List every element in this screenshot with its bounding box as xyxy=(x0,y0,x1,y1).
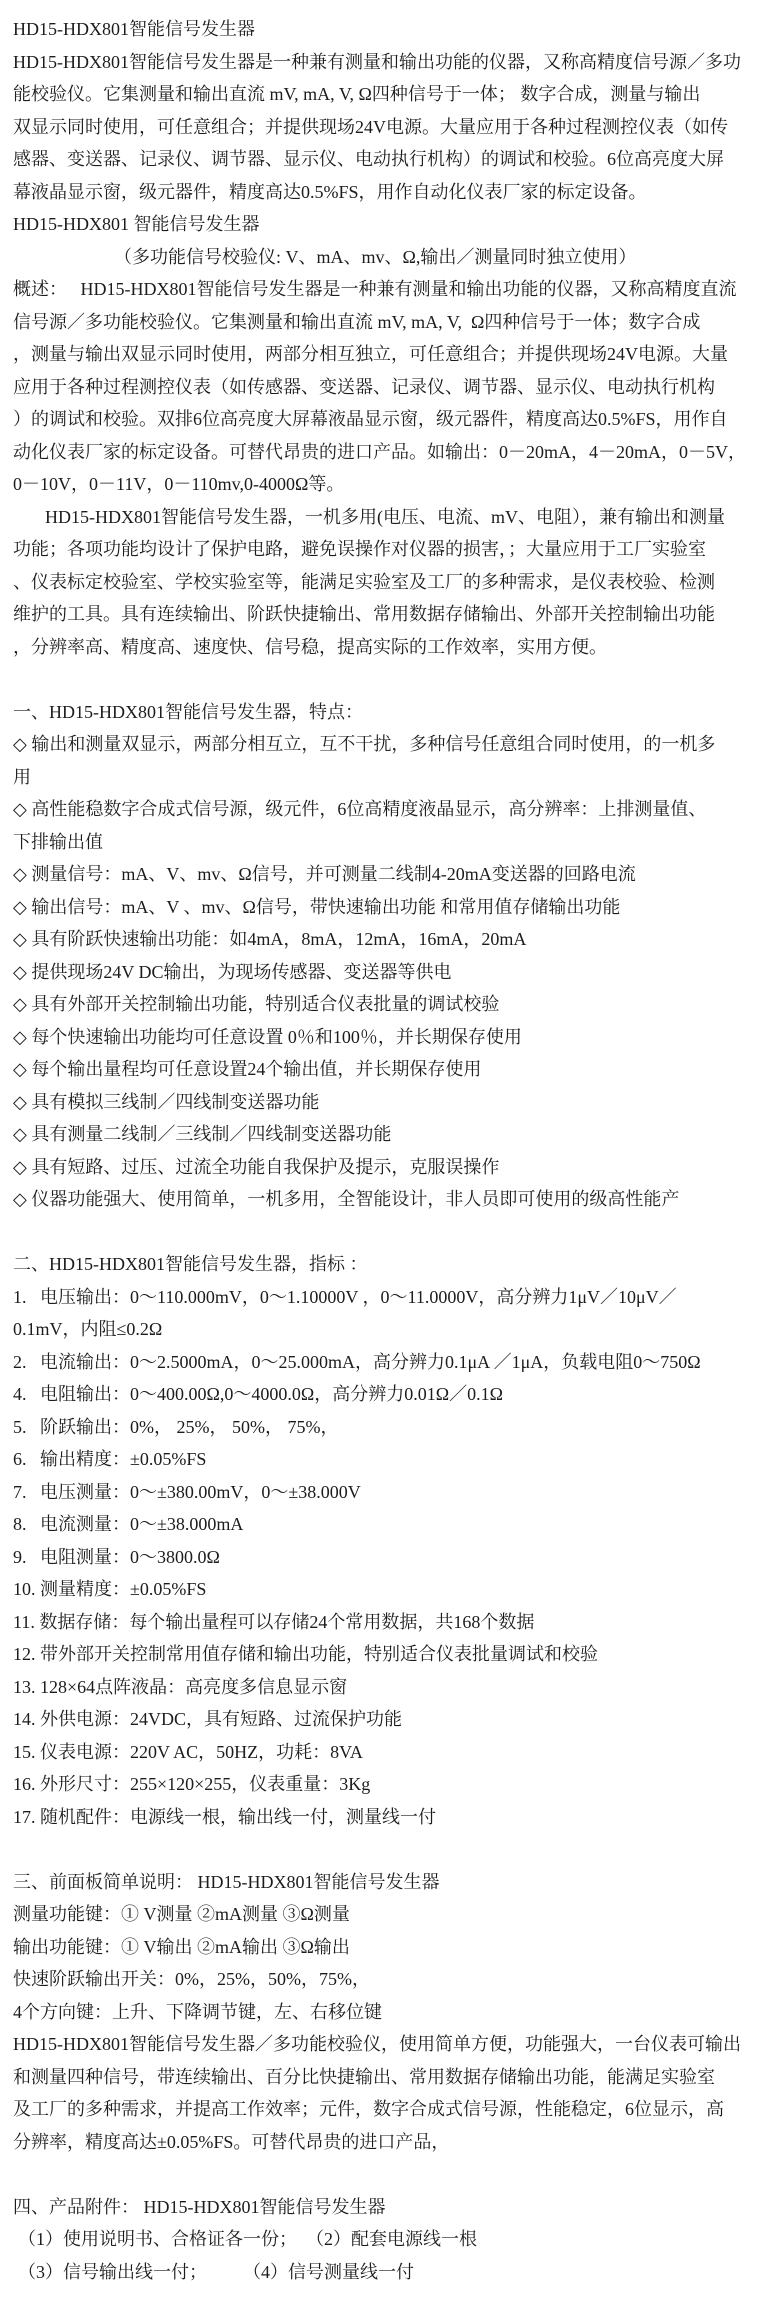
subtitle-note: （多功能信号校验仪: V、mA、mv、Ω,输出／测量同时独立使用） xyxy=(13,241,771,274)
text-line: ◇ 具有模拟三线制／四线制变送器功能 xyxy=(13,1086,771,1119)
text-line: 15. 仪表电源：220V AC，50HZ，功耗：8VA xyxy=(13,1736,771,1769)
text-line: 概述： HD15-HDX801智能信号发生器是一种兼有测量和输出功能的仪器，又称… xyxy=(13,273,771,306)
text-line: 下排输出值 xyxy=(13,826,771,859)
text-line: ◇ 每个输出量程均可任意设置24个输出值，并长期保存使用 xyxy=(13,1053,771,1086)
text-line: 动化仪表厂家的标定设备。可替代昂贵的进口产品。如输出：0－20mA，4－20mA… xyxy=(13,436,771,469)
text-line: 快速阶跃输出开关：0%，25%，50%，75%， xyxy=(13,1963,771,1996)
text-line: 7. 电压测量：0～±380.00mV，0～±38.000V xyxy=(13,1476,771,1509)
text-line: 9. 电阻测量：0～3800.0Ω xyxy=(13,1541,771,1574)
text-line: 16. 外形尺寸：255×120×255，仪表重量：3Kg xyxy=(13,1768,771,1801)
text-line: 6. 输出精度：±0.05%FS xyxy=(13,1443,771,1476)
text-line: 17. 随机配件：电源线一根，输出线一付，测量线一付 xyxy=(13,1801,771,1834)
text-line: 0.1mV，内阻≤0.2Ω xyxy=(13,1313,771,1346)
text-line: 、仪表标定校验室、学校实验室等，能满足实验室及工厂的多种需求，是仪表校验、检测 xyxy=(13,566,771,599)
text-line: 10. 测量精度：±0.05%FS xyxy=(13,1573,771,1606)
text-line: ）的调试和校验。双排6位高亮度大屏幕液晶显示窗，级元器件，精度高达0.5%FS，… xyxy=(13,403,771,436)
text-line: ◇ 测量信号：mA、V、mv、Ω信号，并可测量二线制4-20mA变送器的回路电流 xyxy=(13,858,771,891)
text-line: ◇ 具有测量二线制／三线制／四线制变送器功能 xyxy=(13,1118,771,1151)
text-line: ◇ 提供现场24V DC输出，为现场传感器、变送器等供电 xyxy=(13,956,771,989)
text-line: 0－10V，0－11V，0－110mv,0-4000Ω等。 xyxy=(13,468,771,501)
text-line: 感器、变送器、记录仪、调节器、显示仪、电动执行机构）的调试和校验。6位高亮度大屏 xyxy=(13,143,771,176)
text-line: ◇ 输出和测量双显示，两部分相互立，互不干扰，多种信号任意组合同时使用，的一机多 xyxy=(13,728,771,761)
text-line: ◇ 每个快速输出功能均可任意设置 0％和100％，并长期保存使用 xyxy=(13,1021,771,1054)
text-line: 4. 电阻输出：0～400.00Ω,0～4000.0Ω，高分辨力0.01Ω／0.… xyxy=(13,1378,771,1411)
text-line: ◇ 具有短路、过压、过流全功能自我保护及提示，克服误操作 xyxy=(13,1151,771,1184)
text-line: 输出功能键：① V输出 ②mA输出 ③Ω输出 xyxy=(13,1931,771,1964)
section-heading: 四、产品附件： HD15-HDX801智能信号发生器 xyxy=(13,2191,771,2224)
text-line: 11. 数据存储：每个输出量程可以存储24个常用数据，共168个数据 xyxy=(13,1606,771,1639)
text-line: HD15-HDX801 智能信号发生器 xyxy=(13,208,771,241)
text-line: 8. 电流测量：0～±38.000mA xyxy=(13,1508,771,1541)
text-line: ◇ 具有外部开关控制输出功能，特别适合仪表批量的调试校验 xyxy=(13,988,771,1021)
text-line: 双显示同时使用，可任意组合；并提供现场24V电源。大量应用于各种过程测控仪表（如… xyxy=(13,111,771,144)
text-line: ◇ 输出信号：mA、V 、mv、Ω信号，带快速输出功能 和常用值存储输出功能 xyxy=(13,891,771,924)
document-title: HD15-HDX801智能信号发生器 xyxy=(13,13,771,46)
document: HD15-HDX801智能信号发生器HD15-HDX801智能信号发生器是一种兼… xyxy=(0,0,779,2288)
text-line: ，分辨率高、精度高、速度快、信号稳，提高实际的工作效率，实用方便。 xyxy=(13,631,771,664)
text-line: ◇ 高性能稳数字合成式信号源，级元件，6位高精度液晶显示，高分辨率：上排测量值、 xyxy=(13,793,771,826)
text-line: 13. 128×64点阵液晶：高亮度多信息显示窗 xyxy=(13,1671,771,1704)
text-line: 能校验仪。它集测量和输出直流 mV, mA, V, Ω四种信号于一体； 数字合成… xyxy=(13,78,771,111)
text-line: ◇ 具有阶跃快速输出功能：如4mA，8mA，12mA，16mA，20mA xyxy=(13,923,771,956)
text-line: 维护的工具。具有连续输出、阶跃快捷输出、常用数据存储输出、外部开关控制输出功能 xyxy=(13,598,771,631)
text-line: 1. 电压输出：0～110.000mV，0～1.10000V ，0～11.000… xyxy=(13,1281,771,1314)
text-line: 应用于各种过程测控仪表（如传感器、变送器、记录仪、调节器、显示仪、电动执行机构 xyxy=(13,371,771,404)
section-heading: 三、前面板简单说明： HD15-HDX801智能信号发生器 xyxy=(13,1866,771,1899)
text-line: 分辨率，精度高达±0.05%FS。可替代昂贵的进口产品， xyxy=(13,2126,771,2159)
text-line: HD15-HDX801智能信号发生器／多功能校验仪，使用简单方便，功能强大，一台… xyxy=(13,2028,771,2061)
text-line: HD15-HDX801智能信号发生器是一种兼有测量和输出功能的仪器，又称高精度信… xyxy=(13,46,771,79)
text-line: 功能；各项功能均设计了保护电路，避免误操作对仪器的损害，；大量应用于工厂实验室 xyxy=(13,533,771,566)
text-line: ，测量与输出双显示同时使用，两部分相互独立，可任意组合；并提供现场24V电源。大… xyxy=(13,338,771,371)
text-line: 及工厂的多种需求，并提高工作效率；元件，数字合成式信号源，性能稳定，6位显示，高 xyxy=(13,2093,771,2126)
text-line: 12. 带外部开关控制常用值存储和输出功能，特别适合仪表批量调试和校验 xyxy=(13,1638,771,1671)
text-line: HD15-HDX801智能信号发生器，一机多用(电压、电流、mV、电阻），兼有输… xyxy=(13,501,771,534)
document-body: HD15-HDX801智能信号发生器HD15-HDX801智能信号发生器是一种兼… xyxy=(13,13,771,2288)
text-line: ◇ 仪器功能强大、使用简单，一机多用，全智能设计，非人员即可使用的级高性能产 xyxy=(13,1183,771,1216)
text-line: 信号源／多功能校验仪。它集测量和输出直流 mV, mA, V, Ω四种信号于一体… xyxy=(13,306,771,339)
section-heading: 二、HD15-HDX801智能信号发生器，指标 ： xyxy=(13,1248,771,1281)
text-line: 5. 阶跃输出：0%， 25%， 50%， 75%， xyxy=(13,1411,771,1444)
text-line: 和测量四种信号，带连续输出、百分比快捷输出、常用数据存储输出功能，能满足实验室 xyxy=(13,2061,771,2094)
attachment-line: （3）信号输出线一付； （4）信号测量线一付 xyxy=(13,2256,771,2289)
text-line: 4个方向键：上升、下降调节键，左、右移位键 xyxy=(13,1996,771,2029)
text-line: 幕液晶显示窗，级元器件，精度高达0.5%FS，用作自动化仪表厂家的标定设备。 xyxy=(13,176,771,209)
section-heading: 一、HD15-HDX801智能信号发生器，特点： xyxy=(13,696,771,729)
text-line: 2. 电流输出：0～2.5000mA，0～25.000mA，高分辨力0.1μA … xyxy=(13,1346,771,1379)
text-line: 测量功能键：① V测量 ②mA测量 ③Ω测量 xyxy=(13,1898,771,1931)
attachment-line: （1）使用说明书、合格证各一份； （2）配套电源线一根 xyxy=(13,2223,771,2256)
text-line: 14. 外供电源：24VDC，具有短路、过流保护功能 xyxy=(13,1703,771,1736)
text-line: 用 xyxy=(13,761,771,794)
